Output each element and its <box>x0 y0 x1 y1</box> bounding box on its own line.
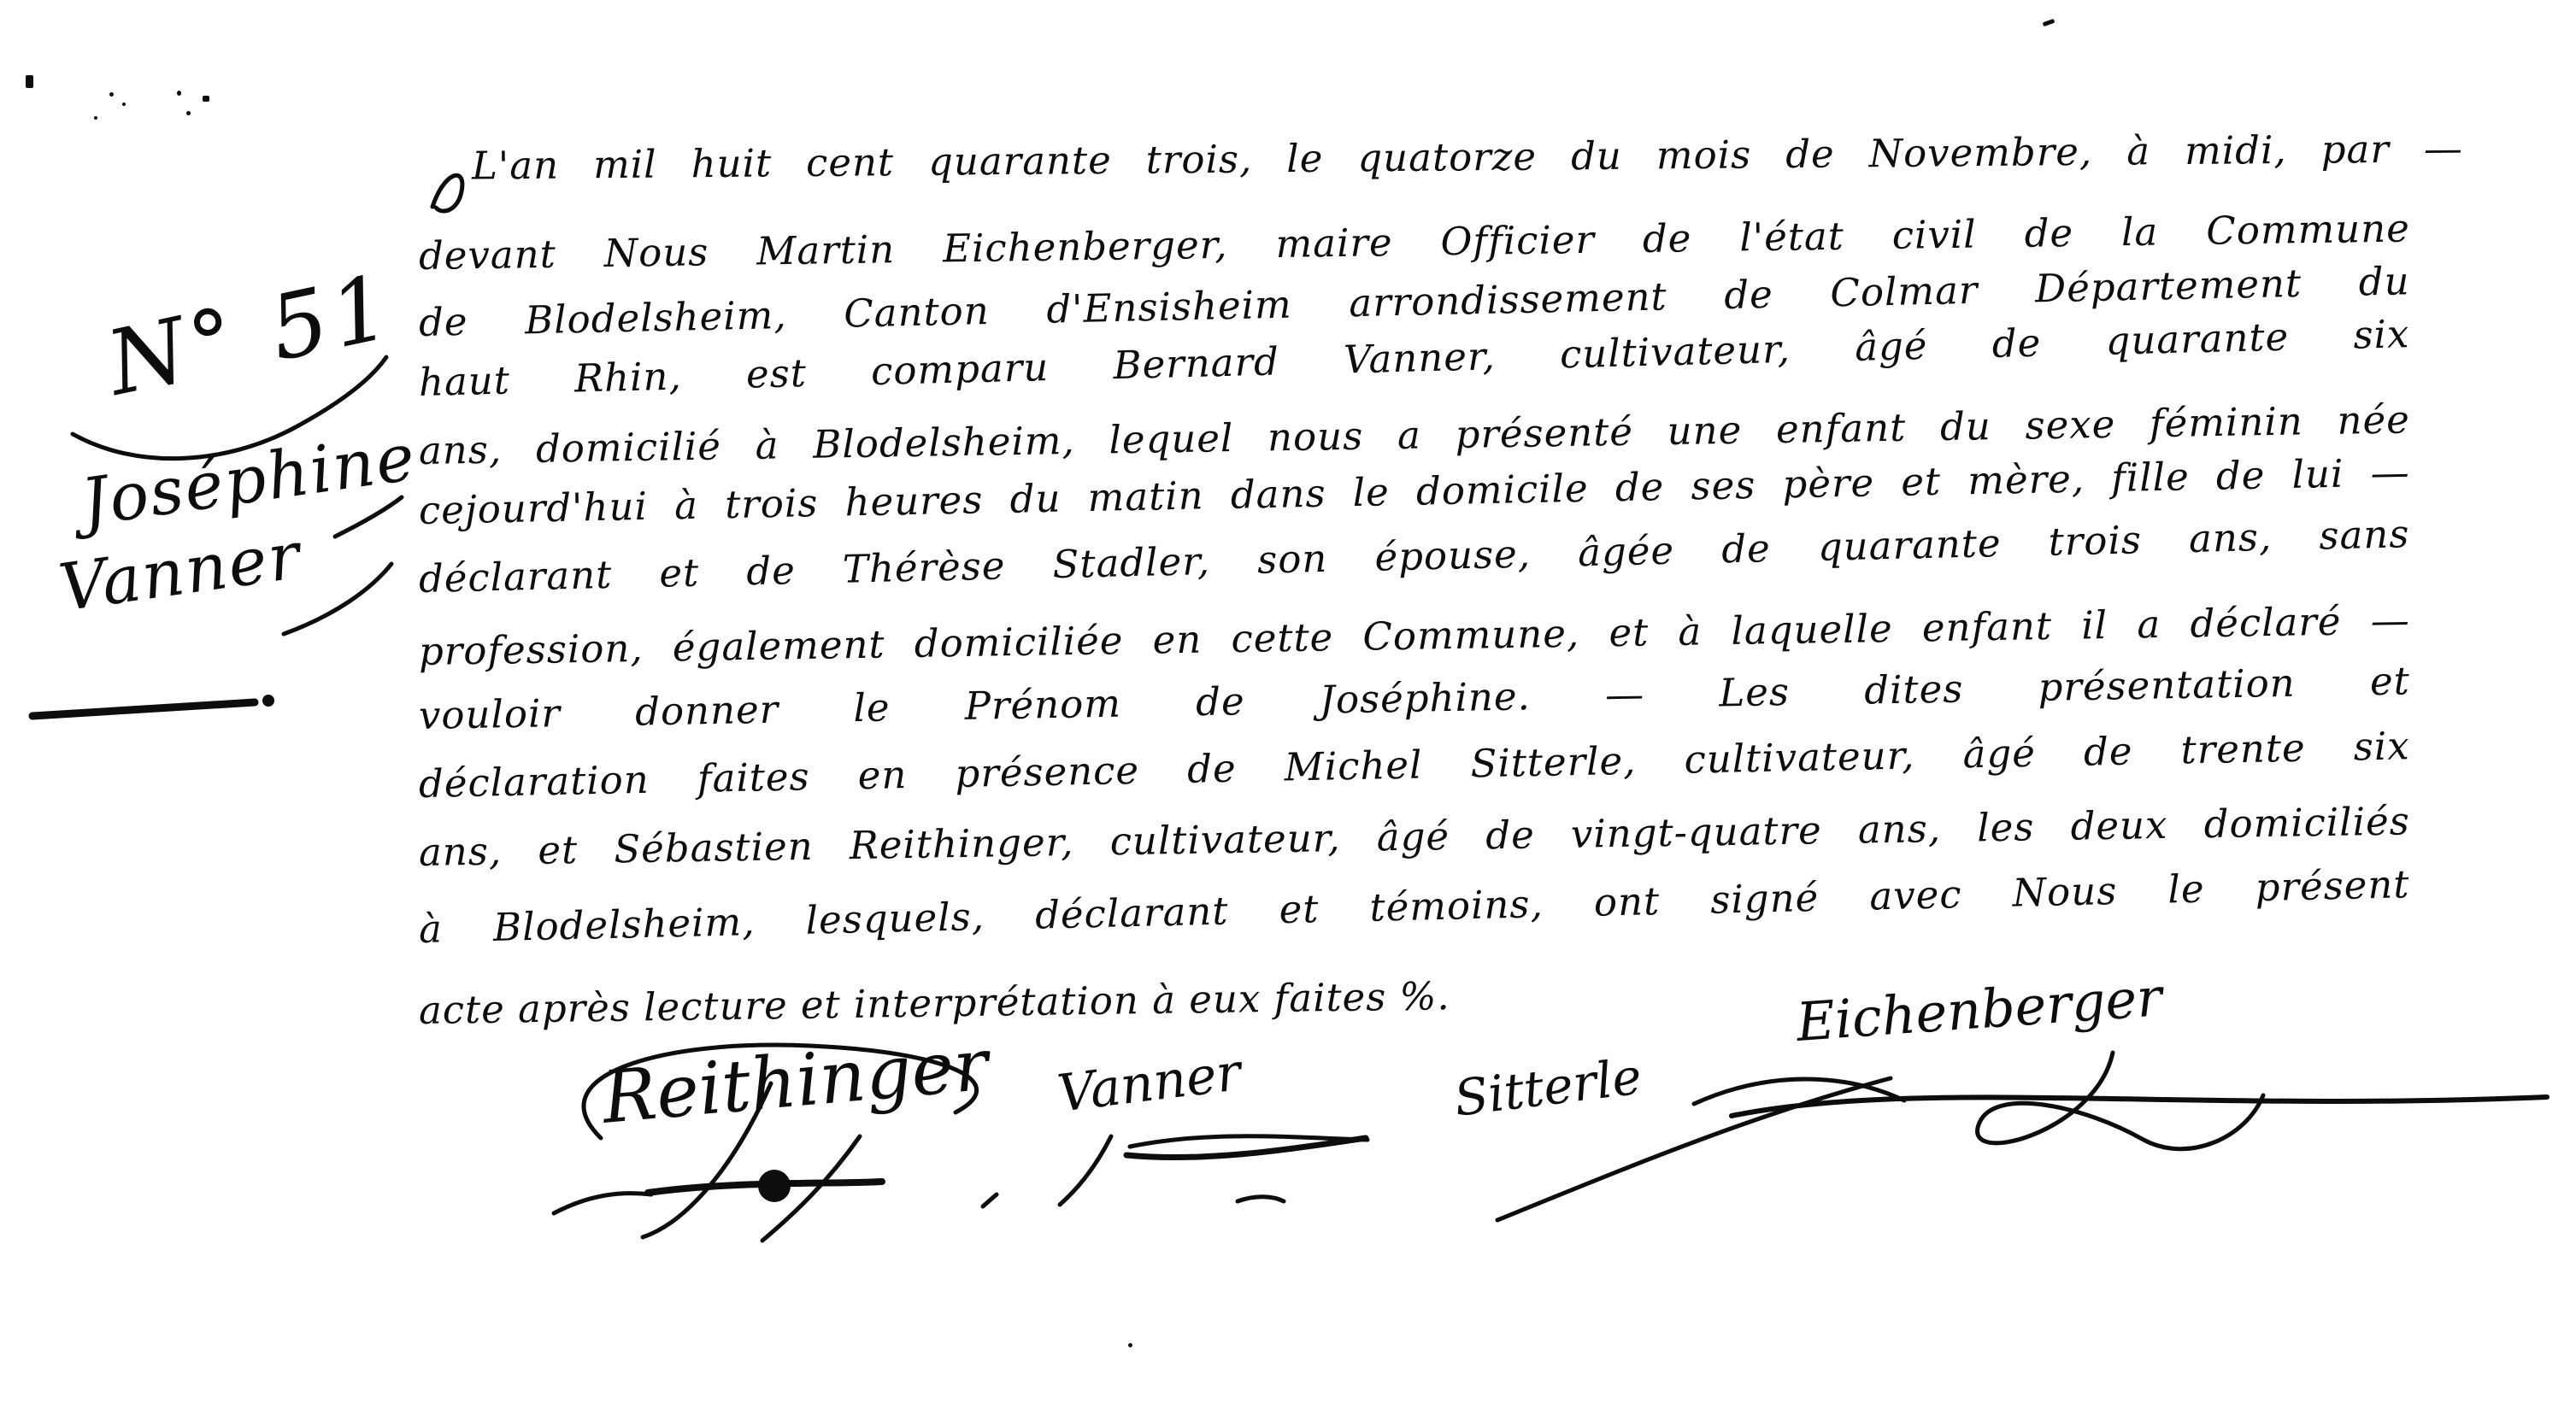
ink-flourishes <box>0 0 2576 1420</box>
civil-record-scan-page: N° 51 Joséphine Vanner L'an mil huit cen… <box>0 0 2576 1420</box>
scan-speck <box>94 116 97 120</box>
flourish-reithinger-tail <box>554 1194 651 1213</box>
flourish-reithinger-oval <box>584 1045 977 1138</box>
flourish-eichenberger-swash <box>1732 1097 2547 1116</box>
stray-stroke-2 <box>1238 1197 1284 1201</box>
flourish-josephine-tail <box>335 497 402 537</box>
scan-speck <box>26 75 33 88</box>
scan-speck <box>186 111 191 115</box>
scan-speck <box>1128 1343 1132 1347</box>
scan-speck <box>109 92 114 97</box>
flourish-margin-vanner-tail <box>284 564 391 634</box>
scan-speck <box>203 96 209 102</box>
scan-speck <box>177 91 181 96</box>
flourish-record-number-underline <box>73 357 386 459</box>
flourish-reithinger-descender <box>643 1083 771 1237</box>
flourish-vanner-descender <box>1060 1136 1111 1205</box>
margin-rule-dot <box>262 695 274 707</box>
lead-paraph <box>432 175 462 211</box>
scan-speck <box>122 103 126 106</box>
flourish-sitterle-diagonal <box>1497 1078 1891 1220</box>
margin-rule <box>32 702 255 716</box>
stray-stroke-1 <box>983 1194 997 1206</box>
flourish-reithinger-knot <box>758 1170 791 1202</box>
